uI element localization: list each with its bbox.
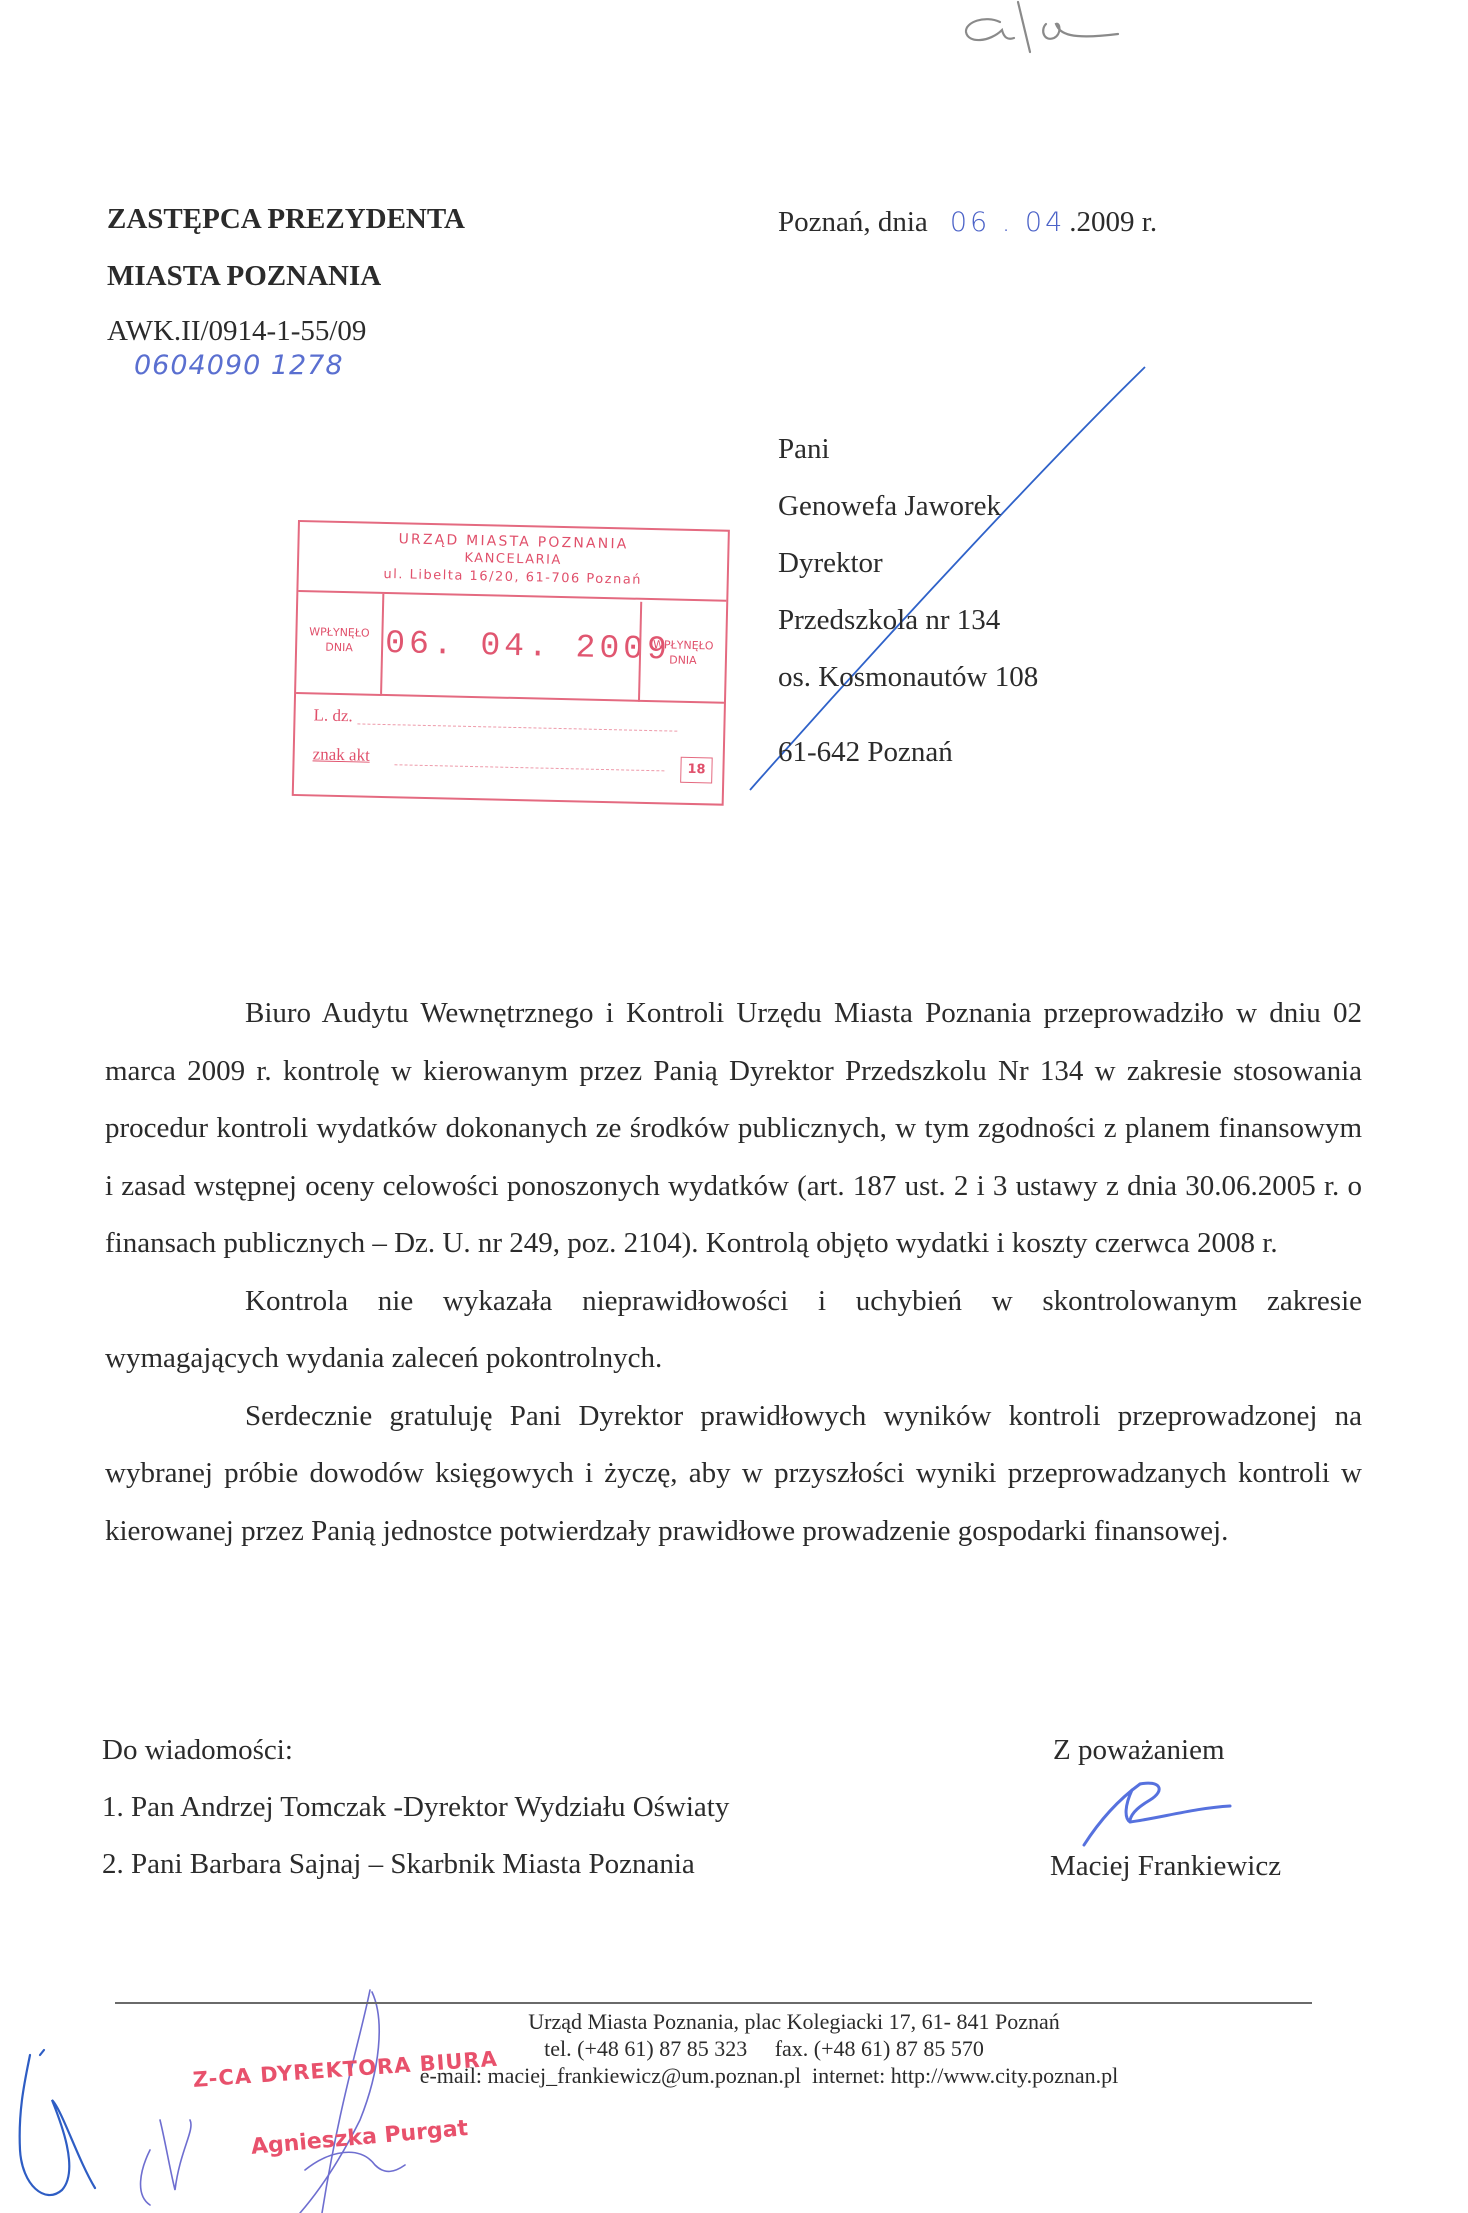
footer-phone: tel. (+48 61) 87 85 323 fax. (+48 61) 87… bbox=[60, 2035, 1468, 2062]
stamp-ldz-field bbox=[357, 723, 677, 731]
paragraph-text: Kontrola nie wykazała nieprawidłowości i… bbox=[105, 1285, 1362, 1375]
cc-list: Do wiadomości: 1. Pan Andrzej Tomczak -D… bbox=[102, 1733, 729, 1904]
stamp-znak-field bbox=[394, 764, 664, 771]
sender-city: MIASTA POZNANIA bbox=[107, 259, 381, 293]
handwritten-date: 06 . 04 bbox=[950, 207, 1065, 238]
recipient-line: 61-642 Poznań bbox=[778, 735, 1038, 792]
handwritten-registry-number: 0604090 1278 bbox=[134, 350, 344, 381]
cc-heading: Do wiadomości: bbox=[102, 1733, 729, 1790]
date-suffix: .2009 r. bbox=[1069, 206, 1157, 238]
body-paragraph: Biuro Audytu Wewnętrznego i Kontroli Urz… bbox=[105, 985, 1362, 1273]
stamp-ldz-label: L. dz. bbox=[313, 705, 353, 726]
body-paragraph: Kontrola nie wykazała nieprawidłowości i… bbox=[105, 1273, 1362, 1388]
signature-icon bbox=[1084, 1783, 1230, 1845]
recipient-line: Przedszkola nr 134 bbox=[778, 603, 1038, 660]
reference-number: AWK.II/0914-1-55/09 bbox=[107, 314, 366, 348]
approval-stamp-name: Agnieszka Purgat bbox=[250, 2116, 469, 2160]
letter-body: Biuro Audytu Wewnętrznego i Kontroli Urz… bbox=[105, 985, 1362, 1560]
stamp-date: 06. 04. 2009 bbox=[384, 594, 636, 700]
recipient-line: Genowefa Jaworek bbox=[778, 489, 1038, 546]
body-paragraph: Serdecznie gratuluję Pani Dyrektor prawi… bbox=[105, 1388, 1362, 1561]
footer-divider bbox=[115, 2002, 1312, 2004]
closing-salutation: Z poważaniem bbox=[1053, 1733, 1225, 1767]
stamp-label-right: WPŁYNĘŁO DNIA bbox=[638, 602, 726, 704]
stamp-box-number: 18 bbox=[680, 757, 713, 784]
footer-address: Urząd Miasta Poznania, plac Kolegiacki 1… bbox=[120, 2008, 1468, 2035]
stamp-label-text: WPŁYNĘŁO bbox=[641, 637, 725, 654]
date-line: Poznań, dnia06 . 04.2009 r. bbox=[778, 205, 1157, 240]
cc-item: 1. Pan Andrzej Tomczak -Dyrektor Wydział… bbox=[102, 1790, 729, 1847]
stamp-label-text: DNIA bbox=[297, 639, 381, 656]
recipient-address: Pani Genowefa Jaworek Dyrektor Przedszko… bbox=[778, 432, 1038, 792]
received-stamp: URZĄD MIASTA POZNANIA KANCELARIA ul. Lib… bbox=[292, 520, 730, 806]
stamp-label-left: WPŁYNĘŁO DNIA bbox=[296, 592, 384, 694]
signer-name: Maciej Frankiewicz bbox=[1050, 1849, 1281, 1883]
recipient-line: Pani bbox=[778, 432, 1038, 489]
cc-item: 2. Pani Barbara Sajnaj – Skarbnik Miasta… bbox=[102, 1847, 729, 1904]
recipient-line: os. Kosmonautów 108 bbox=[778, 660, 1038, 717]
paragraph-text: Biuro Audytu Wewnętrznego i Kontroli Urz… bbox=[105, 997, 1362, 1259]
stamp-znak-label: znak akt bbox=[312, 744, 370, 765]
date-prefix: Poznań, dnia bbox=[778, 206, 928, 238]
stamp-label-text: WPŁYNĘŁO bbox=[297, 624, 381, 641]
stamp-header: URZĄD MIASTA POZNANIA KANCELARIA ul. Lib… bbox=[298, 522, 727, 602]
stamp-label-text: DNIA bbox=[641, 652, 725, 669]
sender-title: ZASTĘPCA PREZYDENTA bbox=[107, 202, 465, 236]
paragraph-text: Serdecznie gratuluję Pani Dyrektor prawi… bbox=[105, 1400, 1362, 1547]
recipient-line: Dyrektor bbox=[778, 546, 1038, 603]
pencil-note-icon bbox=[966, 2, 1118, 52]
